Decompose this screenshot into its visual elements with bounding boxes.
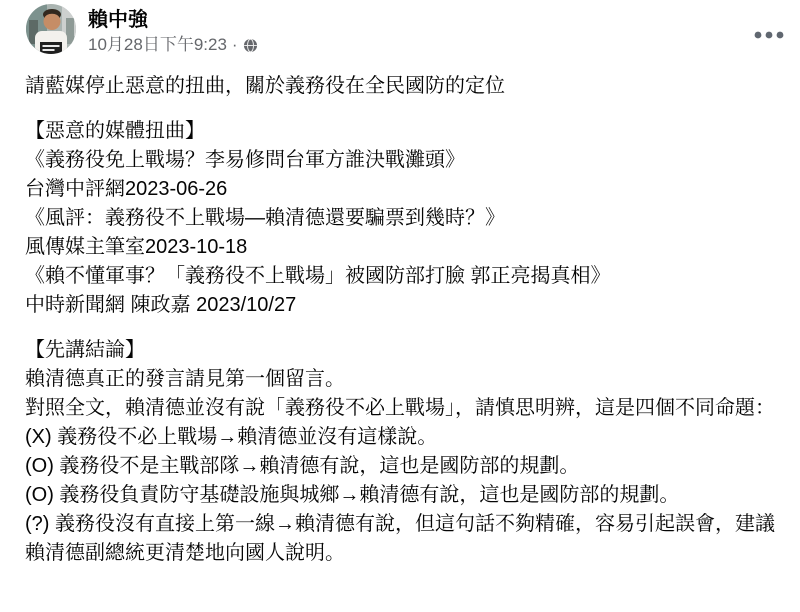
post-text-line: 《義務役免上戰場？李易修問台軍方誰決戰灘頭》 — [25, 146, 775, 175]
avatar[interactable] — [26, 4, 76, 54]
post-text-line: 賴清德真正的發言請見第一個留言。 — [25, 365, 775, 394]
post-text-line: (?) 義務役沒有直接上第一線→賴清德有說，但這句話不夠精確，容易引起誤會，建議… — [25, 510, 775, 568]
post-text-line: (O) 義務役不是主戰部隊→賴清德有說，這也是國防部的規劃。 — [25, 452, 775, 481]
facebook-post: 賴中強 10月28日下午9:23 · — [0, 0, 800, 612]
post-text-line: 【惡意的媒體扭曲】 — [25, 117, 775, 146]
post-text-line: 請藍媒停止惡意的扭曲，關於義務役在全民國防的定位 — [25, 72, 775, 101]
post-content: 請藍媒停止惡意的扭曲，關於義務役在全民國防的定位 【惡意的媒體扭曲】 《義務役免… — [0, 66, 800, 568]
post-text-line: 中時新聞網 陳政嘉 2023/10/27 — [25, 291, 775, 320]
post-text-line: 對照全文，賴清德並沒有說「義務役不必上戰場」，請慎思明辨，這是四個不同命題： — [25, 394, 775, 423]
post-header: 賴中強 10月28日下午9:23 · — [0, 0, 800, 66]
post-text-line: 【先講結論】 — [25, 336, 775, 365]
post-menu-button[interactable] — [752, 24, 786, 46]
post-paragraph: 【先講結論】 賴清德真正的發言請見第一個留言。 對照全文，賴清德並沒有說「義務役… — [25, 336, 775, 568]
globe-icon — [243, 38, 258, 53]
meta-separator: · — [232, 35, 238, 55]
post-text-line: (O) 義務役負責防守基礎設施與城鄉→賴清德有說，這也是國防部的規劃。 — [25, 481, 775, 510]
ellipsis-icon — [754, 31, 784, 39]
post-paragraph: 【惡意的媒體扭曲】 《義務役免上戰場？李易修問台軍方誰決戰灘頭》 台灣中評網20… — [25, 117, 775, 320]
header-info: 賴中強 10月28日下午9:23 · — [88, 8, 258, 55]
post-text-line: (X) 義務役不必上戰場→賴清德並沒有這樣說。 — [25, 423, 775, 452]
post-meta[interactable]: 10月28日下午9:23 · — [88, 35, 258, 55]
avatar-photo — [26, 4, 76, 54]
post-text-line: 風傳媒主筆室2023-10-18 — [25, 233, 775, 262]
post-paragraph: 請藍媒停止惡意的扭曲，關於義務役在全民國防的定位 — [25, 72, 775, 101]
post-text-line: 台灣中評網2023-06-26 — [25, 175, 775, 204]
timestamp[interactable]: 10月28日下午9:23 — [88, 35, 227, 55]
post-text-line: 《風評：義務役不上戰場—賴清德還要騙票到幾時？》 — [25, 204, 775, 233]
author-name[interactable]: 賴中強 — [88, 8, 258, 32]
post-text-line: 《賴不懂軍事？「義務役不上戰場」被國防部打臉 郭正亮揭真相》 — [25, 262, 775, 291]
